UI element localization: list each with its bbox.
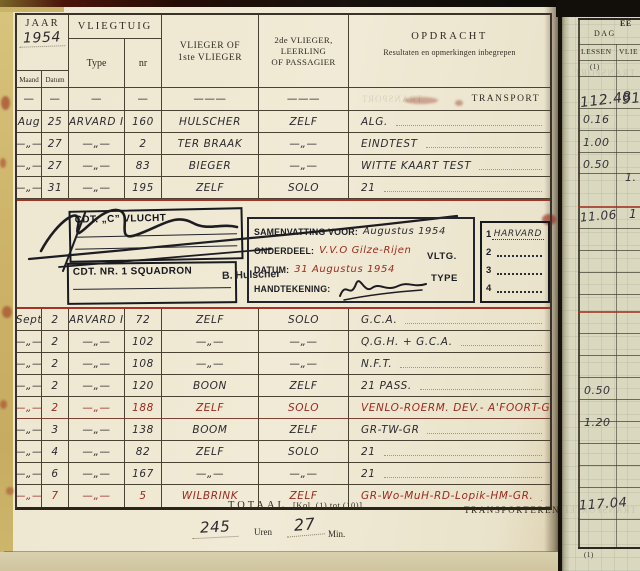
cell-type: HARVARD IIᴮ [69, 309, 125, 331]
totaal-label: TOTAAL[Kol. (1) tot (10)] [228, 500, 362, 511]
log-row: —„— 3 —„— 138 BOOM ZELF GR-TW-GR [17, 419, 550, 441]
type-list-value: HARVARD [492, 229, 544, 240]
cell-maand: —„— [17, 419, 42, 441]
cell-nr: 167 [125, 463, 162, 485]
dotted-line [497, 273, 542, 275]
table-header: JAAR 1954 Maand Datum VLIEGTUIG Type nr … [17, 15, 550, 88]
cell-vlieger2: ZELF [259, 419, 349, 441]
cell-opdracht: G.C.A. [349, 309, 550, 331]
cell-datum: 27 [42, 155, 69, 177]
cell-maand: —„— [17, 177, 42, 199]
vliegtuig-label: VLIEGTUIG [69, 15, 161, 39]
cell-maand: Sept [17, 309, 42, 331]
cell-datum: 7 [42, 485, 69, 507]
opdracht-sublabel: Resultaten en opmerkingen inbegrepen [349, 48, 550, 57]
type-list-row: 1 HARVARD [486, 225, 544, 243]
ink-blot [0, 158, 6, 168]
log-row: —„— 6 —„— 167 —„— —„— 21 [17, 463, 550, 485]
pilot-signature [334, 276, 434, 302]
row-rule [578, 44, 640, 45]
cell-opdracht: GR-TW-GR [349, 419, 550, 441]
cell-nr: 2 [125, 133, 162, 155]
datum-value: 31 Augustus 1954 [294, 264, 395, 275]
cell-datum: 2 [42, 309, 69, 331]
cell-type: —„— [69, 485, 125, 507]
log-row: —„— 4 —„— 82 ZELF SOLO 21 [17, 441, 550, 463]
hours-value: 1.00 [583, 136, 610, 149]
cell-type: —„— [69, 419, 125, 441]
row-rule [578, 130, 640, 131]
cell-datum: 2 [42, 331, 69, 353]
cell-vlieger2: —„— [259, 353, 349, 375]
month-total-value-2: 1 [629, 207, 637, 221]
cell-nr: 195 [125, 177, 162, 199]
vlieger-label-2: 1ste VLIEGER [162, 52, 258, 64]
stamp-cdt-c-vlucht: CDT. „C” VLUCHT [68, 207, 243, 263]
transport-row: — — — — ——— ——— TRANSPORT TRANSPORT [17, 88, 550, 111]
cell-vlieger: ZELF [162, 397, 259, 419]
log-row-red-ink: —„— 2 —„— 188 ZELF SOLO VENLO-ROERM. DEV… [17, 397, 550, 419]
row-rule [578, 250, 640, 251]
cell-vlieger2: —„— [259, 155, 349, 177]
cell-type: —„— [69, 463, 125, 485]
type-list-number: 2 [486, 247, 495, 258]
vlieger2-label-1: 2de VLIEGER, [259, 35, 348, 46]
log-row: —„— 2 —„— 108 —„— —„— N.F.T. [17, 353, 550, 375]
cell-vlieger2: SOLO [259, 177, 349, 199]
cell-datum: 27 [42, 133, 69, 155]
log-row: —„— 31 —„— 195 ZELF SOLO 21 [17, 177, 550, 199]
cell-vlieger2: SOLO [259, 309, 349, 331]
stamp-rule [73, 287, 231, 290]
onderdeel-value: V.V.O Gilze-Rijen [319, 245, 411, 256]
vlieger2-label-2: LEERLING [259, 46, 348, 57]
cell-nr: 160 [125, 111, 162, 133]
vlieger2-label-3: OF PASSAGIER [259, 57, 348, 68]
cell-maand: — [17, 88, 42, 111]
august-rows: Aug 25 HARVARD IIᴮ 160 HULSCHER ZELF ALG… [17, 111, 550, 199]
cell-nr: 102 [125, 331, 162, 353]
totaal-kol-range: [Kol. (1) tot (10)] [293, 500, 362, 510]
cell-vlieger: BOOM [162, 419, 259, 441]
cell-maand: —„— [17, 485, 42, 507]
cell-opdracht: 21 PASS. [349, 375, 550, 397]
cell-datum: 4 [42, 441, 69, 463]
row-rule [578, 487, 640, 488]
maand-label: Maand [17, 71, 42, 88]
bottom-paper-stack [0, 552, 558, 571]
row-rule [578, 294, 640, 295]
row-rule [578, 228, 640, 229]
totaal-uren-value: 245 [192, 517, 239, 539]
vltg-label: VLTG. [427, 251, 457, 262]
jaar-value-handwritten: 1954 [19, 29, 66, 48]
cell-vlieger: HULSCHER [162, 111, 259, 133]
onderdeel-label: ONDERDEEL: [254, 246, 314, 256]
samenvatting-value: Augustus 1954 [363, 226, 446, 237]
cell-maand: —„— [17, 331, 42, 353]
cell-vlieger2: SOLO [259, 397, 349, 419]
totaal-min-value: 27 [285, 513, 324, 537]
cell-vlieger: ZELF [162, 177, 259, 199]
type-list-number: 4 [486, 283, 495, 294]
dotted-line [497, 255, 542, 257]
log-row: —„— 2 —„— 102 —„— —„— Q.G.H. + G.C.A. [17, 331, 550, 353]
ghost-transport-text: TRANSPORT [361, 94, 422, 104]
log-row: Aug 25 HARVARD IIᴮ 160 HULSCHER ZELF ALG… [17, 111, 550, 133]
cell-vlieger: —„— [162, 463, 259, 485]
cell-datum: 2 [42, 353, 69, 375]
totaal-text: TOTAAL [228, 500, 287, 511]
stamp-text: CDT. NR. 1 SQUADRON [73, 266, 192, 278]
right-header-partial: EE [620, 19, 632, 28]
cell-datum: 6 [42, 463, 69, 485]
cell-vlieger2: —„— [259, 133, 349, 155]
nr-label: nr [125, 39, 161, 88]
handtekening-label: HANDTEKENING: [254, 284, 330, 294]
ink-blot [6, 487, 14, 495]
row-rule [578, 465, 640, 466]
row-rule [578, 377, 640, 378]
september-rows: Sept 2 HARVARD IIᴮ 72 ZELF SOLO G.C.A. —… [17, 309, 550, 507]
hours-value: 1.20 [584, 416, 611, 429]
type-list-row: 4 [486, 279, 544, 297]
type-list-row: 2 [486, 243, 544, 261]
summary-red-rule [578, 311, 640, 313]
cell-maand: —„— [17, 155, 42, 177]
header-jaar: JAAR 1954 Maand Datum [17, 15, 69, 88]
hours-value-partial: 1. [625, 171, 637, 184]
cell-opdracht: 21 [349, 441, 550, 463]
cell-nr: 83 [125, 155, 162, 177]
cell-vlieger: ZELF [162, 309, 259, 331]
cell-datum: 31 [42, 177, 69, 199]
scan-top-edge-right [556, 0, 640, 17]
type-list-number: 3 [486, 265, 495, 276]
cell-opdracht: 21 [349, 463, 550, 485]
cell-vlieger: BIEGER [162, 155, 259, 177]
page-edge [0, 5, 13, 558]
cell-opdracht: 21 [349, 177, 550, 199]
cell-vlieger2: ——— [259, 88, 349, 111]
opdracht-label: OPDRACHT [349, 31, 550, 42]
row-rule [578, 152, 640, 153]
flight-log-table: JAAR 1954 Maand Datum VLIEGTUIG Type nr … [15, 13, 552, 510]
row-rule [578, 547, 640, 549]
log-row: Sept 2 HARVARD IIᴮ 72 ZELF SOLO G.C.A. [17, 309, 550, 331]
cell-nr: 138 [125, 419, 162, 441]
vlie-label: VLIE [619, 47, 638, 56]
cell-opdracht: GR-Wo-MuH-RD-Lopik-HM-GR. [349, 485, 550, 507]
cell-type: —„— [69, 353, 125, 375]
col1-label: (1) [590, 63, 600, 71]
cell-opdracht: ALG. [349, 111, 550, 133]
ink-blot [2, 306, 12, 318]
cell-datum: — [42, 88, 69, 111]
cell-maand: —„— [17, 441, 42, 463]
cell-type: —„— [69, 155, 125, 177]
cell-type: HARVARD IIᴮ [69, 111, 125, 133]
stamp-text: CDT. „C” VLUCHT [75, 213, 167, 226]
datum-label: DATUM: [254, 265, 289, 275]
vlieger-label-1: VLIEGER OF [162, 40, 258, 52]
stamp-cdt-nr1-squadron: CDT. NR. 1 SQUADRON [67, 261, 237, 305]
cell-vlieger: TER BRAAK [162, 133, 259, 155]
cell-type: —„— [69, 397, 125, 419]
monthly-summary-band: CDT. „C” VLUCHT CDT. NR. 1 SQUADRON B. H… [17, 199, 550, 309]
log-row: —„— 27 —„— 2 TER BRAAK —„— EINDTEST [17, 133, 550, 155]
cell-datum: 3 [42, 419, 69, 441]
cell-nr: 82 [125, 441, 162, 463]
header-vlieger: VLIEGER OF 1ste VLIEGER [162, 15, 259, 88]
header-opdracht: OPDRACHT Resultaten en opmerkingen inbeg… [349, 15, 550, 88]
cell-datum: 2 [42, 397, 69, 419]
cell-opdracht: N.F.T. [349, 353, 550, 375]
cell-vlieger: BOON [162, 375, 259, 397]
type-label: TYPE [431, 273, 458, 284]
cell-vlieger2: SOLO [259, 441, 349, 463]
cell-type: — [69, 88, 125, 111]
row-rule [578, 355, 640, 356]
row-rule [578, 443, 640, 444]
aircraft-type-box: 1 HARVARD 2 3 4 [480, 221, 550, 303]
hours-value: 0.16 [583, 113, 610, 126]
cell-opdracht: TRANSPORT TRANSPORT [349, 88, 550, 111]
cell-nr: 5 [125, 485, 162, 507]
cell-opdracht: EINDTEST [349, 133, 550, 155]
cell-opdracht: VENLO-ROERM. DEV.- A'FOORT-GR. [349, 397, 550, 419]
row-rule [578, 333, 640, 334]
logbook-scan: JAAR 1954 Maand Datum VLIEGTUIG Type nr … [0, 0, 640, 571]
cell-maand: —„— [17, 375, 42, 397]
type-nr-header: Type nr [69, 39, 161, 88]
cell-type: —„— [69, 331, 125, 353]
cell-opdracht: WITTE KAART TEST [349, 155, 550, 177]
cell-vlieger2: ZELF [259, 375, 349, 397]
type-list-row: 3 [486, 261, 544, 279]
jaar-label: JAAR [17, 15, 68, 29]
scan-top-edge [0, 0, 640, 7]
log-row: —„— 2 —„— 120 BOON ZELF 21 PASS. [17, 375, 550, 397]
transporteren-label: TRANSPORTEREN [464, 505, 560, 515]
cell-nr: 188 [125, 397, 162, 419]
cell-vlieger2: ZELF [259, 111, 349, 133]
samenvatting-label: SAMENVATTING VOOR: [254, 227, 358, 237]
cell-type: —„— [69, 133, 125, 155]
column-rule [616, 44, 617, 549]
cell-nr: — [125, 88, 162, 111]
row-rule [578, 399, 640, 400]
datum-label: Datum [42, 71, 68, 88]
cell-opdracht: Q.G.H. + G.C.A. [349, 331, 550, 353]
min-label: Min. [328, 529, 345, 539]
hours-value: 0.50 [584, 384, 611, 397]
cell-type: —„— [69, 441, 125, 463]
lessen-label: LESSEN [581, 47, 612, 56]
samenvatting-row: SAMENVATTING VOOR: Augustus 1954 [254, 222, 473, 241]
cell-maand: —„— [17, 397, 42, 419]
header-vliegtuig: VLIEGTUIG Type nr [69, 15, 162, 88]
hours-value: 0.50 [583, 158, 610, 171]
cell-vlieger: —„— [162, 331, 259, 353]
maand-datum-header: Maand Datum [17, 70, 68, 88]
cell-vlieger: —„— [162, 353, 259, 375]
uren-label: Uren [254, 527, 272, 537]
stamp-rule [75, 245, 237, 249]
cell-type: —„— [69, 375, 125, 397]
cell-nr: 108 [125, 353, 162, 375]
row-rule [578, 272, 640, 273]
cell-maand: Aug [17, 111, 42, 133]
ink-blot [1, 96, 10, 110]
transport-label: TRANSPORT [472, 94, 540, 104]
cell-vlieger2: —„— [259, 331, 349, 353]
samenvatting-box: SAMENVATTING VOOR: Augustus 1954 ONDERDE… [247, 217, 475, 303]
dotted-line [497, 291, 542, 293]
header-2de-vlieger: 2de VLIEGER, LEERLING OF PASSAGIER [259, 15, 349, 88]
type-label: Type [69, 39, 125, 88]
cell-maand: —„— [17, 133, 42, 155]
hours-transport-value-2: 91 [621, 90, 640, 108]
cell-vlieger2: —„— [259, 463, 349, 485]
stamp-rule [75, 233, 237, 237]
cell-nr: 72 [125, 309, 162, 331]
row-rule [578, 76, 640, 77]
dag-label: DAG [594, 29, 616, 38]
cell-vlieger: ——— [162, 88, 259, 111]
row-rule [578, 60, 640, 61]
col1-footer-label: (1) [584, 551, 594, 559]
ink-blot [0, 400, 7, 409]
log-row: —„— 27 —„— 83 BIEGER —„— WITTE KAART TES… [17, 155, 550, 177]
cell-maand: —„— [17, 463, 42, 485]
cell-datum: 2 [42, 375, 69, 397]
cell-datum: 25 [42, 111, 69, 133]
row-rule [578, 519, 640, 520]
cell-vlieger: ZELF [162, 441, 259, 463]
cell-nr: 120 [125, 375, 162, 397]
cell-type: —„— [69, 177, 125, 199]
cell-maand: —„— [17, 353, 42, 375]
